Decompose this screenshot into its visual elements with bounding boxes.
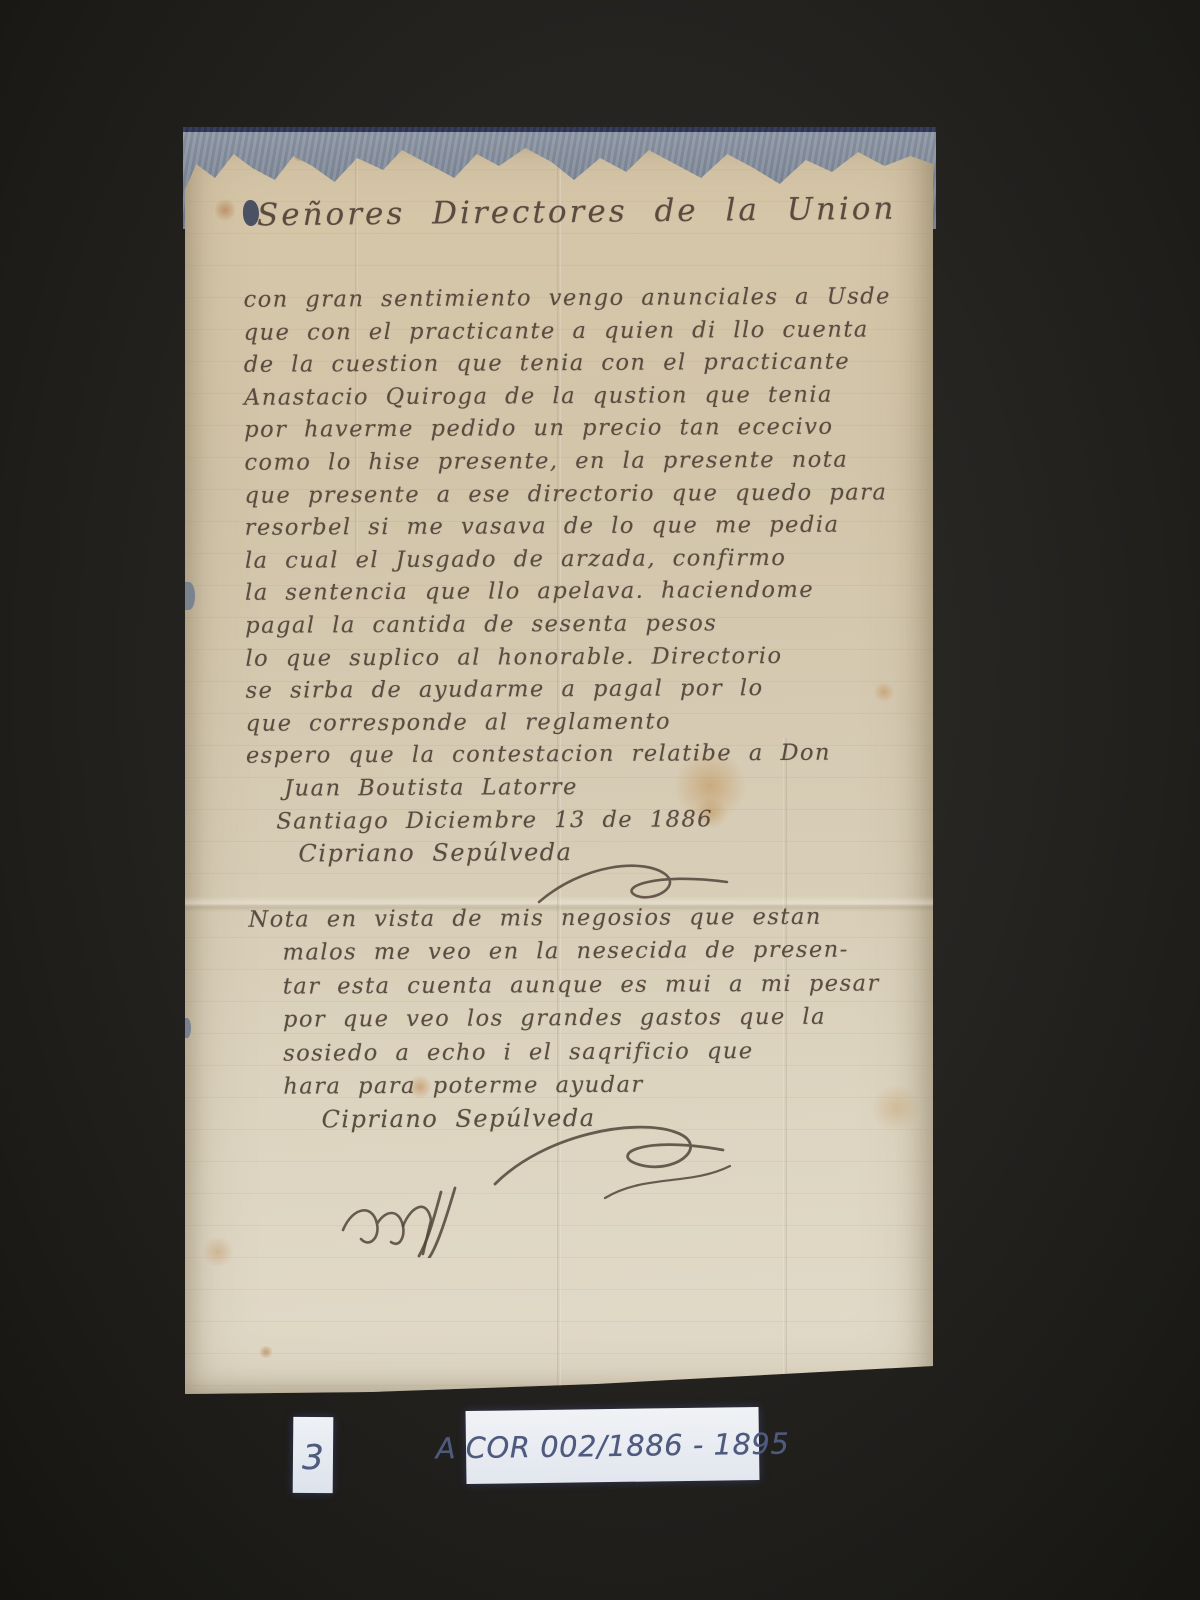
letter-signature: Cipriano Sepúlveda — [298, 834, 926, 870]
torn-hole — [183, 582, 195, 610]
letter-line: pagal la cantida de sesenta pesos — [245, 606, 925, 642]
letter-line: resorbel si me vasava de lo que me pedia — [245, 508, 925, 544]
archive-code-label: A COR 002/1886 - 1895 — [466, 1407, 760, 1484]
page-number-label: 3 — [293, 1417, 334, 1493]
note-line: malos me veo en la nesecida de presen- — [283, 934, 929, 971]
letter-line: la cual el Jusgado de arzada, confirmo — [245, 541, 925, 577]
letter-note: Nota en vista de mis negosios que estan … — [248, 900, 929, 1137]
letter-line: por haverme pedido un precio tan ececivo — [244, 411, 924, 447]
letter-line: que con el practicante a quien di llo cu… — [244, 313, 924, 349]
letter-line: de la cuestion que tenia con el practica… — [244, 345, 924, 381]
torn-hole — [183, 1018, 191, 1038]
letter-line: que presente a ese directorio que quedo … — [244, 476, 924, 512]
archive-photo: Señores Directores de la Union con gran … — [0, 0, 1200, 1600]
letter-line: lo que suplico al honorable. Directorio — [245, 639, 925, 675]
note-line: por que veo los grandes gastos que la — [283, 1000, 929, 1037]
archive-code-text: A COR 002/1886 - 1895 — [435, 1426, 789, 1465]
letter-line: la sentencia que llo apelava. haciendome — [245, 574, 925, 610]
stain — [259, 1346, 273, 1358]
stain — [201, 1238, 235, 1266]
letter-line-addressee: Juan Boutista Latorre — [284, 769, 926, 805]
letter-paper-sheet: Señores Directores de la Union con gran … — [185, 138, 933, 1394]
note-line: hara para poterme ayudar — [283, 1067, 929, 1104]
letter-line: con gran sentimiento vengo anunciales a … — [243, 280, 923, 316]
letter-body: con gran sentimiento vengo anunciales a … — [243, 280, 926, 870]
letter-line: que corresponde al reglamento — [246, 704, 926, 740]
note-signature: Cipriano Sepúlveda — [321, 1101, 929, 1138]
letter-line: se sirba de ayudarme a pagal por lo — [246, 671, 926, 707]
letter-line: espero que la contestacion relatibe a Do… — [246, 737, 926, 773]
page-number-text: 3 — [302, 1438, 324, 1478]
note-line: tar esta cuenta aunque es mui a mi pesar — [283, 967, 929, 1004]
letter-heading: Señores Directores de la Union — [257, 191, 897, 234]
stain — [215, 198, 235, 222]
note-line: Nota en vista de mis negosios que estan — [248, 900, 928, 937]
letter-line-dateline: Santiago Diciembre 13 de 1886 — [276, 802, 926, 838]
rubric-flourish-icon — [335, 1178, 505, 1258]
note-line: sosiedo a echo i el saqrificio que — [283, 1034, 929, 1071]
letter-line: como lo hise presente, en la presente no… — [244, 443, 924, 479]
letter-line: Anastacio Quiroga de la qustion que teni… — [244, 378, 924, 414]
